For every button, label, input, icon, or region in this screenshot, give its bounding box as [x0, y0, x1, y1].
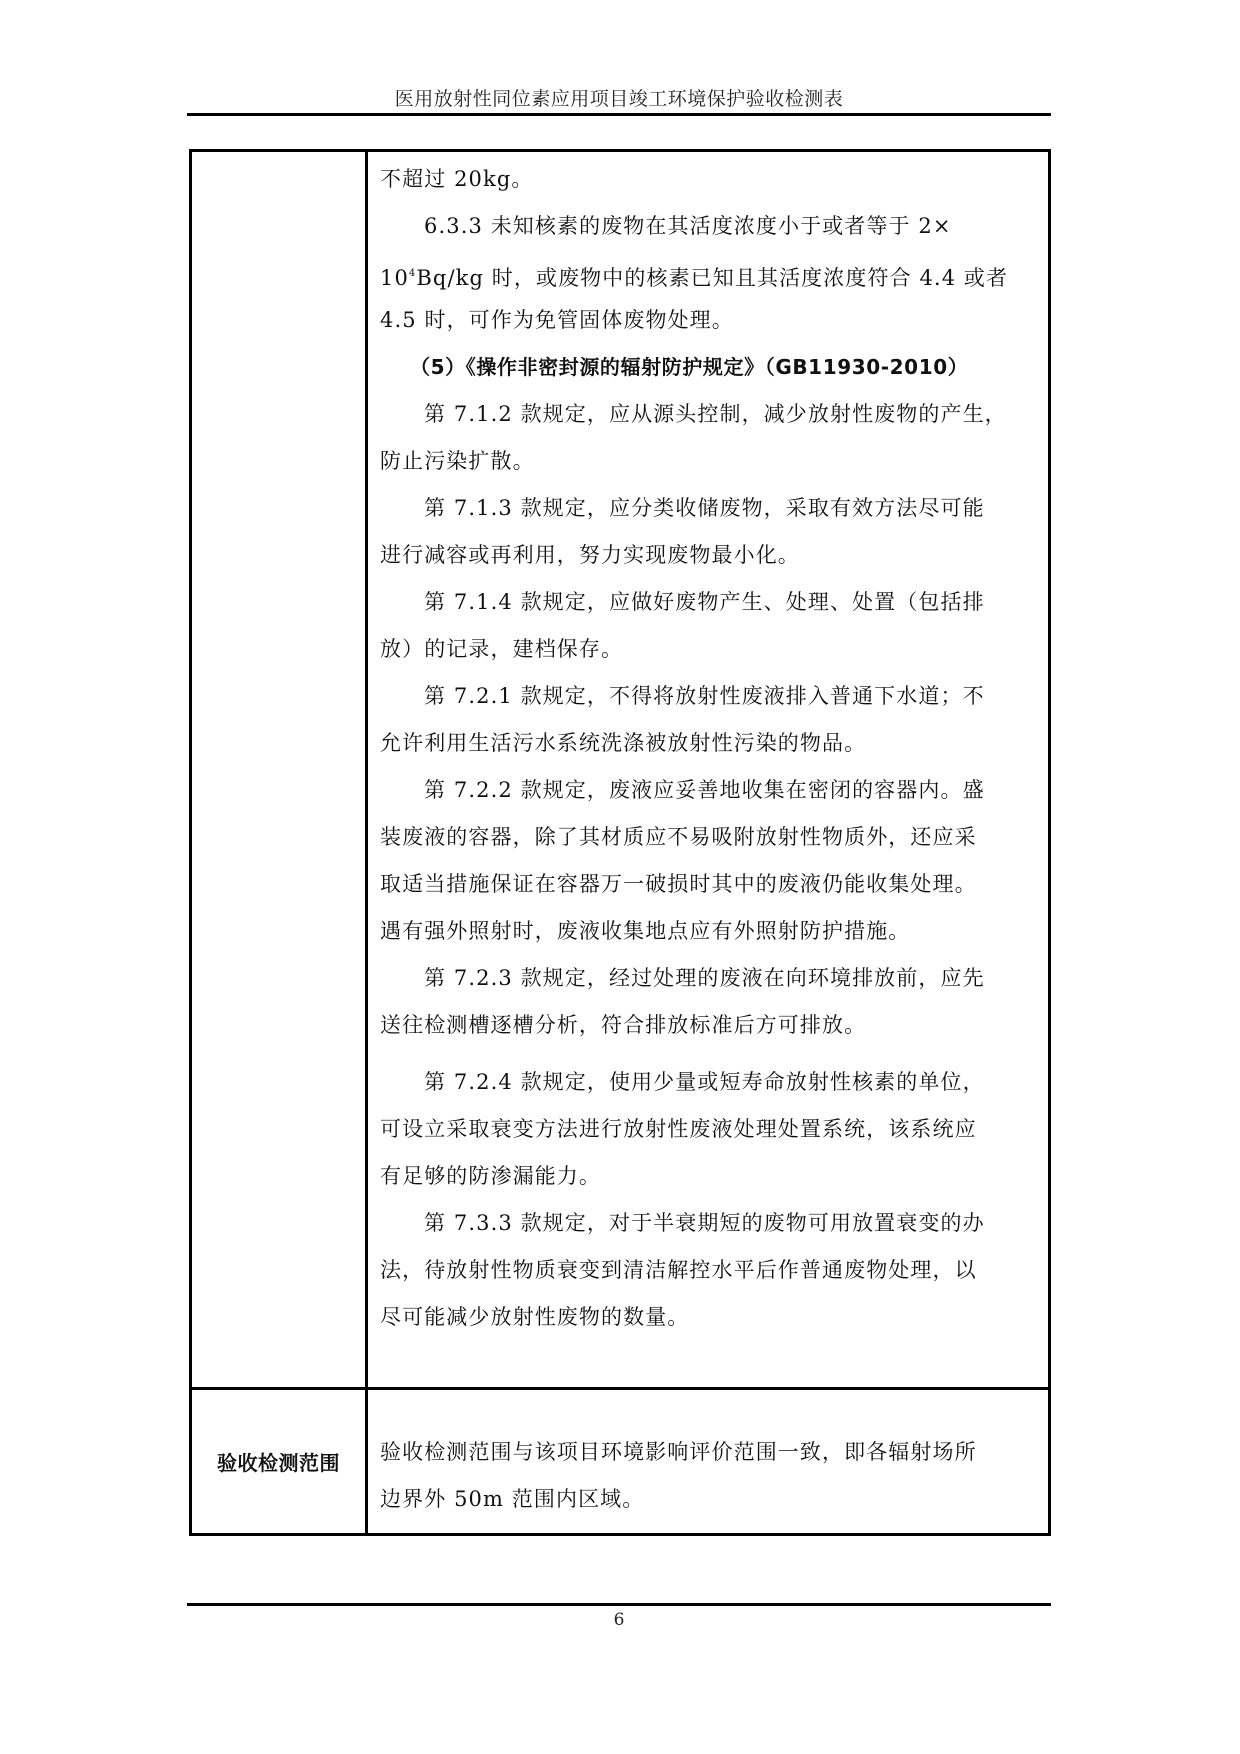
page-number: 6	[187, 1610, 1051, 1630]
text-line: 尽可能减少放射性废物的数量。	[380, 1294, 1038, 1341]
text-line: 第 7.1.2 款规定，应从源头控制，减少放射性废物的产生，	[380, 391, 1038, 438]
running-header-title: 医用放射性同位素应用项目竣工环境保护验收检测表	[187, 84, 1051, 111]
text-line: 第 7.1.3 款规定，应分类收储废物，采取有效方法尽可能	[380, 485, 1038, 532]
footer-rule	[187, 1603, 1051, 1606]
paragraph-gap	[380, 1049, 1038, 1059]
acceptance-table: 不超过 20kg。 6.3.3 未知核素的废物在其活度浓度小于或者等于 2× 1…	[189, 149, 1051, 1536]
regulations-cell: 不超过 20kg。 6.3.3 未知核素的废物在其活度浓度小于或者等于 2× 1…	[368, 156, 1048, 1341]
text-line: 送往检测槽逐槽分析，符合排放标准后方可排放。	[380, 1002, 1038, 1049]
text-line-with-superscript: 104Bq/kg 时，或废物中的核素已知且其活度浓度符合 4.4 或者	[380, 250, 1038, 297]
text-line: 第 7.3.3 款规定，对于半衰期短的废物可用放置衰变的办	[380, 1200, 1038, 1247]
text-line: 防止污染扩散。	[380, 438, 1038, 485]
text-line: 6.3.3 未知核素的废物在其活度浓度小于或者等于 2×	[380, 203, 1038, 250]
text-line: 有足够的防渗漏能力。	[380, 1153, 1038, 1200]
text-line: 4.5 时，可作为免管固体废物处理。	[380, 297, 1038, 344]
text-line: 第 7.1.4 款规定，应做好废物产生、处理、处置（包括排	[380, 579, 1038, 626]
text-line: 放）的记录，建档保存。	[380, 626, 1038, 673]
scope-label-cell: 验收检测范围	[192, 1390, 365, 1533]
text-line: 第 7.2.1 款规定，不得将放射性废液排入普通下水道；不	[380, 673, 1038, 720]
text-line: 第 7.2.4 款规定，使用少量或短寿命放射性核素的单位，	[380, 1059, 1038, 1106]
text-line: 第 7.2.2 款规定，废液应妥善地收集在密闭的容器内。盛	[380, 767, 1038, 814]
text-fragment: Bq/kg 时，或废物中的核素已知且其活度浓度符合 4.4 或者	[416, 266, 1008, 290]
text-line: 不超过 20kg。	[380, 156, 1038, 203]
text-line: 遇有强外照射时，废液收集地点应有外照射防护措施。	[380, 908, 1038, 955]
text-line: 取适当措施保证在容器万一破损时其中的废液仍能收集处理。	[380, 861, 1038, 908]
text-line: 进行减容或再利用，努力实现废物最小化。	[380, 532, 1038, 579]
text-line: 验收检测范围与该项目环境影响评价范围一致，即各辐射场所	[380, 1429, 1038, 1476]
regulation-heading: （5）《操作非密封源的辐射防护规定》（GB11930-2010）	[380, 344, 1038, 391]
text-line: 法，待放射性物质衰变到清洁解控水平后作普通废物处理，以	[380, 1247, 1038, 1294]
header-rule	[187, 113, 1051, 116]
text-line: 边界外 50m 范围内区域。	[380, 1476, 1038, 1523]
text-line: 允许利用生活污水系统洗涤被放射性污染的物品。	[380, 720, 1038, 767]
text-fragment: 10	[380, 266, 409, 290]
scope-label: 验收检测范围	[217, 1447, 340, 1476]
text-line: 可设立采取衰变方法进行放射性废液处理处置系统，该系统应	[380, 1106, 1038, 1153]
text-line: 装废液的容器，除了其材质应不易吸附放射性物质外，还应采	[380, 814, 1038, 861]
text-line: 第 7.2.3 款规定，经过处理的废液在向环境排放前，应先	[380, 955, 1038, 1002]
scope-content-cell: 验收检测范围与该项目环境影响评价范围一致，即各辐射场所 边界外 50m 范围内区…	[368, 1390, 1048, 1533]
